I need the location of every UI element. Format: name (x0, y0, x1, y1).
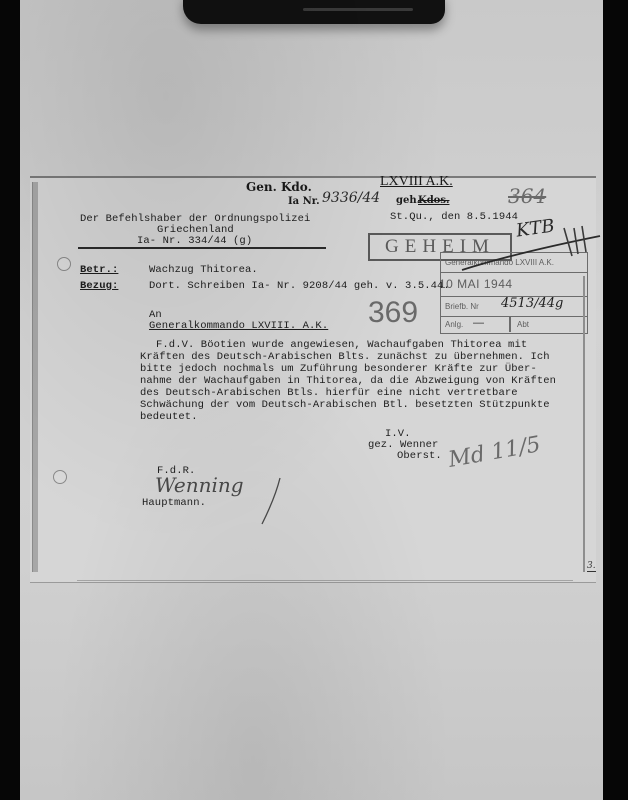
anlagen-divider (509, 316, 511, 332)
handwritten-number-369: 369 (368, 296, 418, 330)
binder-clip-highlight (303, 8, 413, 11)
classification-fraktur: Gen. Kdo. (246, 180, 312, 194)
signature-flourish (256, 476, 286, 526)
handwritten-certifier-signature: Wenning (155, 473, 244, 497)
ia-nr-handwritten: 9336/44 (322, 190, 380, 206)
body-line: Kräften des Deutsch-Arabischen Blts. zun… (140, 351, 556, 363)
anlagen-value: — (473, 317, 484, 329)
ia-nr-label: Ia Nr. (288, 196, 320, 207)
sender-ref: Ia- Nr. 334/44 (g) (137, 235, 252, 247)
right-margin-rule (583, 276, 585, 572)
pencil-stroke (460, 228, 603, 278)
binder-clip (183, 0, 445, 24)
brief-nr-label: Briefb. Nr (445, 302, 479, 311)
body-line: bedeutet. (140, 411, 556, 423)
unit-stamp: LXVIII A.K. (380, 174, 453, 190)
signature-rank: Oberst. (397, 450, 442, 462)
anlagen-label: Anlg. (445, 320, 463, 329)
punch-hole-top (57, 257, 71, 271)
received-date: 10 MAI 1944 (439, 277, 513, 291)
punch-hole-bottom (53, 470, 67, 484)
body-line: F.d.V. Böotien wurde angewiesen, Wachauf… (156, 339, 572, 351)
sheet-left-fold (32, 182, 38, 572)
certification-rank: Hauptmann. (142, 497, 206, 509)
received-stamp-row-anlagen: Anlg. — Abt (441, 316, 587, 332)
body-line: Schwächung der vom Deutsch-Arabischen Bt… (140, 399, 556, 411)
lower-sheet-edge (77, 580, 573, 581)
body-line: bitte jedoch nochmals um Zuführung beson… (140, 363, 556, 375)
body-line: nahme der Wachaufgaben in Thitorea, da d… (140, 375, 556, 387)
brief-nr-value: 4513/44g (501, 296, 563, 311)
handwritten-number-top: 364 (508, 184, 546, 208)
letter-body: F.d.V. Böotien wurde angewiesen, Wachauf… (156, 339, 572, 423)
secrecy-struck: Kdos. (418, 195, 449, 206)
scanned-page: Gen. Kdo. Ia Nr. 9336/44 LXVIII A.K. geh… (20, 0, 603, 800)
place-date: St.Qu., den 8.5.1944 (390, 211, 518, 223)
bezug-label: Bezug: (80, 280, 118, 292)
betr-label: Betr.: (80, 264, 118, 276)
secrecy-label: geh. (396, 195, 420, 206)
received-stamp-row-briefnr: Briefb. Nr 4513/44g (441, 296, 587, 317)
sender-rule (78, 247, 326, 249)
betr-value: Wachzug Thitorea. (149, 264, 258, 276)
body-line: des Deutsch-Arabischen Btls. hierfür ein… (140, 387, 556, 399)
recipient-name: Generalkommando LXVIII. A.K. (149, 320, 328, 332)
abt-label: Abt (517, 320, 529, 329)
page-marker: 3. (587, 561, 596, 572)
bezug-value: Dort. Schreiben Ia- Nr. 9208/44 geh. v. … (149, 280, 450, 292)
